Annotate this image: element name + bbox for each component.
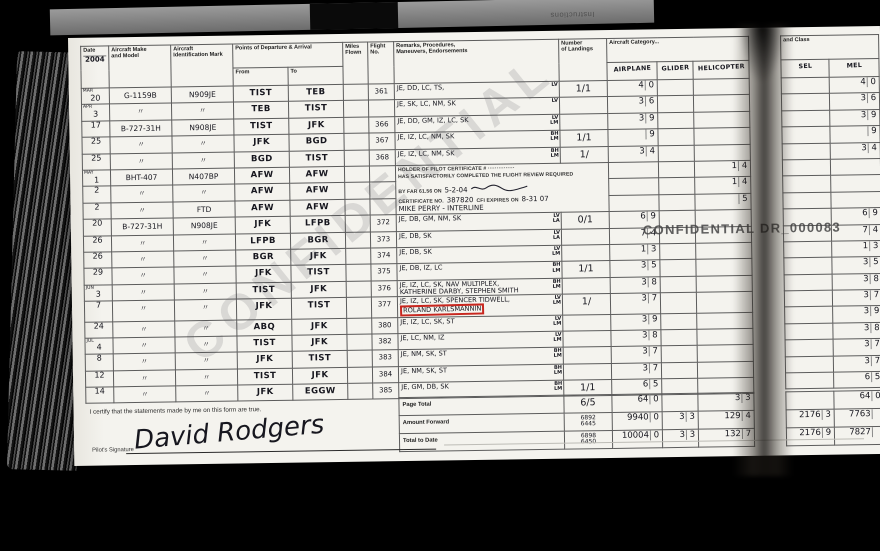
miles-cell — [347, 334, 372, 351]
totals-helicopter-value: 33 — [698, 393, 753, 404]
helicopter-hours-whole: 1 — [695, 161, 738, 172]
flight-no-cell: 376 — [371, 280, 397, 297]
sel-hours-value — [785, 324, 832, 325]
arrival-cell: BGD — [289, 134, 344, 151]
flight-no-cell: 375 — [371, 264, 397, 281]
helicopter-hours-whole — [697, 276, 740, 277]
remarks-wrap: JE, IZ, LC, SK, SPENCER TIDWELL,ROLAND K… — [398, 295, 562, 317]
right-page-row — [782, 158, 880, 176]
remarks-line-1: JE, SK, LC, NM, SK — [397, 99, 546, 108]
remarks-line-1: JE, GM, DB, SK — [401, 382, 550, 391]
landings-cell — [559, 97, 607, 114]
mel-hours-tenths: 7 — [871, 339, 880, 349]
aircraft-make-cell: 〃 — [113, 337, 175, 354]
totals-airplane-whole: 64 — [612, 394, 649, 405]
totals-landings: 6898 6450 — [564, 430, 612, 449]
landings-cell: 1/1 — [560, 130, 608, 147]
miles-cell — [343, 100, 368, 117]
helicopter-hours-whole — [696, 210, 739, 211]
remarks-code: LM — [550, 354, 562, 359]
sel-hours — [784, 257, 832, 274]
sel-hours-whole — [784, 209, 819, 210]
totals-helicopter-value: 1294 — [699, 411, 754, 422]
airplane-hours-tenths: 4 — [646, 146, 658, 156]
mel-hours-value: 34 — [831, 143, 880, 154]
remarks-code: LM — [550, 387, 562, 392]
date-cell: 29 — [84, 268, 112, 285]
departure-cell: TEB — [233, 102, 288, 119]
right-page-row: 38 — [784, 273, 880, 291]
airplane-hours-whole: 4 — [608, 80, 645, 91]
airplane-hours-tenths: 8 — [648, 330, 660, 340]
departure-cell: JFK — [238, 384, 293, 401]
departure-cell: JFK — [234, 134, 289, 151]
totals-helicopter-tenths: 4 — [742, 411, 754, 421]
helicopter-hours-value — [697, 292, 752, 293]
remarks-cell: JE, IZ, LC, SK, SPENCER TIDWELL,ROLAND K… — [397, 294, 562, 317]
mel-hours-tenths: 7 — [871, 356, 880, 366]
mel-hours-tenths: 4 — [869, 224, 880, 234]
date-day: 3 — [85, 291, 112, 299]
helicopter-hours-value — [696, 243, 751, 244]
arrival-cell: JFK — [292, 334, 347, 351]
landings-cell — [563, 347, 611, 364]
mel-hours-tenths: 6 — [867, 93, 879, 103]
aircraft-make-cell: 〃 — [114, 386, 176, 403]
helicopter-hours-value — [696, 259, 751, 260]
totals-landings-value: 6/5 — [564, 395, 611, 411]
arrival-cell: TIST — [292, 351, 347, 368]
remarks-wrap: JE, IZ, LC, SK, STLVLM — [398, 315, 562, 329]
aircraft-ident-cell: 〃 — [174, 250, 236, 267]
date-day: 12 — [86, 371, 113, 379]
mel-hours-tenths: 9 — [870, 306, 880, 316]
sel-hours-value — [786, 373, 833, 374]
airplane-hours-tenths: 9 — [647, 211, 659, 221]
glider-hours-value — [659, 162, 694, 163]
arrival-cell: TIST — [291, 265, 346, 282]
arrival-cell: BGR — [290, 232, 345, 249]
departure-cell: JFK — [236, 266, 291, 283]
arrival-cell: JFK — [289, 117, 344, 134]
confidential-bates-stamp: CONFIDENTIAL DR_000083 — [643, 220, 841, 238]
header-mel: MEL — [829, 58, 880, 78]
glider-hours — [660, 276, 696, 293]
mel-hours: 9 — [830, 126, 880, 143]
departure-cell: ABQ — [237, 319, 292, 336]
mel-hours-value: 9 — [830, 126, 879, 137]
sel-hours — [785, 307, 833, 324]
date-day: 3 — [82, 110, 109, 118]
remarks-text: JE, NM, SK, ST — [399, 348, 550, 362]
helicopter-hours: 14 — [695, 177, 751, 194]
header-from: From — [233, 67, 288, 86]
airplane-hours-value: 34 — [609, 146, 658, 157]
sel-hours-whole — [785, 324, 820, 325]
mel-hours-tenths: 3 — [869, 241, 880, 251]
totals-airplane: 100040 — [612, 430, 662, 449]
sel-hours-whole — [783, 176, 818, 177]
miles-cell — [343, 84, 368, 101]
aircraft-make-cell: 〃 — [112, 300, 174, 321]
totals-mel-whole: 7763 — [835, 409, 872, 420]
arrival-cell: TIST — [289, 150, 344, 167]
totals-glider-value: 33 — [663, 412, 698, 423]
aircraft-make-cell: B-727-31H — [111, 218, 173, 235]
helicopter-hours-value — [695, 144, 750, 145]
totals-glider-value — [662, 394, 697, 395]
sel-hours-value — [782, 110, 829, 111]
airplane-hours-whole — [609, 135, 646, 136]
mel-hours-whole: 3 — [834, 339, 871, 350]
helicopter-hours — [693, 95, 749, 112]
mel-hours: 65 — [834, 371, 880, 388]
sel-hours — [784, 274, 832, 291]
totals-mel-whole: 7827 — [835, 427, 872, 438]
glider-hours — [660, 243, 696, 260]
aircraft-ident-cell: 〃 — [172, 152, 234, 169]
header-miles: Miles Flown — [343, 42, 369, 84]
glider-hours — [658, 112, 694, 129]
miles-cell — [347, 318, 372, 335]
remarks-line-2: ROLAND KARLSMANNIN — [400, 303, 549, 316]
remarks-code: LV — [546, 99, 558, 104]
remarks-codes: BHLM — [550, 381, 563, 393]
red-highlight-box: ROLAND KARLSMANNIN — [400, 304, 485, 317]
glider-hours — [659, 178, 695, 195]
pilot-signature: David Rodgers — [133, 410, 325, 456]
glider-hours — [660, 292, 696, 313]
mel-hours-whole — [831, 175, 868, 176]
remarks-code: LV — [546, 83, 558, 88]
aircraft-make-cell: B-727-31H — [110, 120, 172, 137]
helicopter-hours — [697, 345, 753, 362]
sel-hours-value — [784, 258, 831, 259]
remarks-text: JE, IZ, LC, SK, SPENCER TIDWELL,ROLAND K… — [398, 295, 549, 317]
miles-cell — [345, 215, 370, 232]
aircraft-ident-cell: N908JE — [173, 217, 235, 234]
arrival-cell: LFPB — [290, 216, 345, 233]
helicopter-hours — [696, 275, 752, 292]
airplane-hours-tenths: 7 — [649, 347, 661, 357]
aircraft-make-cell: 〃 — [112, 267, 174, 284]
flight-no-cell: 368 — [369, 149, 395, 166]
header-helicopter: HELICOPTER — [693, 59, 750, 80]
helicopter-hours — [697, 312, 753, 329]
remarks-codes: BHLM — [546, 131, 559, 143]
mel-hours-value: 65 — [834, 372, 880, 383]
departure-cell: BGR — [236, 249, 291, 266]
departure-cell: JFK — [237, 351, 292, 368]
glider-hours-value — [659, 194, 694, 195]
glider-hours-value — [659, 145, 694, 146]
mel-hours-whole: 6 — [832, 208, 869, 219]
remarks-codes: LVLM — [548, 246, 561, 258]
helicopter-hours-value: 14 — [695, 161, 750, 172]
date-cell: 26 — [83, 235, 111, 252]
flight-no-cell: 373 — [370, 231, 396, 248]
remarks-wrap: JE, SK, LC, NM, SKLV — [395, 98, 559, 109]
totals-helicopter-value: 1327 — [699, 429, 754, 440]
landings-cell — [563, 330, 611, 347]
date-cell: 25 — [82, 137, 110, 154]
mel-hours-tenths: 5 — [871, 372, 880, 382]
totals-airplane-tenths: 0 — [650, 430, 662, 440]
date-cell: 2 — [83, 186, 111, 203]
airplane-hours-tenths: 9 — [648, 314, 660, 324]
departure-cell: BGD — [234, 151, 289, 168]
logbook-left-page-table: Date2004 Aircraft Make and Model Aircraf… — [80, 36, 754, 404]
right-page-row: 65 — [786, 371, 880, 389]
helicopter-hours-whole: 1 — [695, 177, 738, 188]
miles-cell — [344, 150, 369, 167]
glider-hours — [657, 79, 693, 96]
date-day: 17 — [82, 121, 109, 129]
airplane-hours-value — [609, 179, 658, 180]
totals-mel-value: 640 — [834, 391, 880, 402]
mel-hours: 37 — [832, 290, 880, 307]
right-page-row — [783, 191, 880, 209]
landings-cell — [562, 277, 610, 294]
helicopter-hours-value — [696, 210, 751, 211]
airplane-hours-value: 39 — [611, 314, 660, 325]
date-cell: 20 — [83, 219, 111, 236]
mel-hours: 39 — [833, 306, 880, 323]
flight-no-cell — [369, 166, 395, 183]
miles-cell — [346, 297, 371, 318]
totals-sel-whole: 2176 — [787, 428, 822, 439]
mel-hours-value: 69 — [832, 208, 880, 219]
helicopter-hours-whole — [698, 362, 741, 363]
date-day: 14 — [86, 387, 113, 395]
mel-hours-whole: 3 — [833, 323, 870, 334]
remarks-wrap: JE, IZ, LC, SK, NAV MULTIPLEX,KATHERINE … — [398, 278, 562, 296]
arrival-cell: JFK — [291, 281, 346, 298]
aircraft-make-cell: 〃 — [113, 370, 175, 387]
flight-no-cell: 382 — [372, 334, 398, 351]
landings-cell — [563, 363, 611, 380]
mel-hours: 36 — [829, 93, 879, 110]
aircraft-ident-cell: 〃 — [171, 102, 233, 119]
airplane-hours: 36 — [607, 96, 657, 113]
sel-hours — [785, 339, 833, 356]
totals-airplane-whole: 9940 — [613, 412, 650, 423]
totals-helicopter: 1327 — [698, 428, 754, 447]
cfi-expiry-hand: 8-31 07 — [522, 196, 549, 203]
helicopter-hours-whole — [697, 313, 740, 314]
airplane-hours-value: 38 — [611, 277, 660, 288]
remarks-text: JE, DB, IZ, LC — [397, 262, 548, 276]
right-page-row: 40 — [781, 76, 879, 94]
totals-mel-tenths — [872, 427, 880, 437]
miles-cell — [346, 264, 371, 281]
remarks-line-1: JE, IZ, LC, NM, SK — [398, 148, 547, 157]
flight-no-cell: 384 — [372, 366, 398, 383]
airplane-hours-tenths: 7 — [648, 293, 660, 303]
airplane-hours-value: 65 — [612, 379, 661, 390]
totals-helicopter: 1294 — [698, 410, 754, 429]
glider-hours — [661, 362, 697, 379]
date-cell: 7 — [84, 301, 112, 322]
mel-hours-value: 36 — [830, 93, 879, 104]
helicopter-hours: 5 — [695, 193, 751, 210]
mel-hours-tenths: 9 — [867, 110, 879, 120]
remarks-codes: BHLM — [548, 262, 561, 274]
remarks-wrap: JE, DD, GM, IZ, LC, SKLVLM — [395, 115, 559, 129]
right-page-row: 9 — [782, 126, 880, 144]
airplane-hours-whole: 3 — [608, 97, 645, 108]
airplane-hours-whole — [609, 179, 646, 180]
glider-hours — [658, 145, 694, 162]
departure-cell: JFK — [236, 298, 291, 319]
date-cell: 17 — [82, 121, 110, 138]
sel-hours-whole — [785, 291, 820, 292]
airplane-hours — [609, 178, 659, 195]
remarks-wrap: JE, IZ, LC, NM, SKBHLM — [396, 147, 560, 161]
remarks-text: JE, IZ, LC, SK, NAV MULTIPLEX,KATHERINE … — [398, 279, 549, 297]
aircraft-make-cell: 〃 — [112, 251, 174, 268]
helicopter-hours — [697, 328, 753, 345]
remarks-code: LM — [549, 321, 561, 326]
airplane-hours-whole: 6 — [610, 212, 647, 223]
mel-hours-whole: 3 — [830, 94, 867, 105]
airplane-hours-whole: 3 — [610, 261, 647, 272]
miles-cell — [345, 199, 370, 216]
sel-hours-value — [785, 274, 832, 275]
helicopter-hours — [693, 78, 749, 95]
remarks-line-1: JE, IZ, LC, NM, SK — [397, 132, 546, 141]
glider-hours-value — [660, 211, 695, 212]
sel-hours-whole — [786, 373, 821, 374]
header-airplane: AIRPLANE — [607, 61, 658, 81]
airplane-hours-tenths: 7 — [649, 363, 661, 373]
landings-cell: 1/ — [560, 146, 608, 163]
sel-hours-whole — [782, 127, 817, 128]
remarks-line-1: JE, DD, GM, IZ, LC, SK — [397, 116, 546, 125]
glider-hours — [659, 194, 695, 211]
totals-glider-tenths: 3 — [686, 430, 698, 440]
departure-cell: AFW — [235, 200, 290, 217]
remarks-codes: BHLM — [550, 364, 563, 376]
remarks-wrap: JE, DB, GM, NM, SKLVLA — [397, 213, 561, 227]
mel-hours: 13 — [832, 240, 880, 257]
flight-no-cell: 385 — [373, 383, 399, 400]
totals-airplane-value: 100040 — [613, 430, 662, 441]
helicopter-hours — [696, 259, 752, 276]
aircraft-make-cell: 〃 — [110, 136, 172, 153]
right-page-row: 35 — [784, 257, 880, 275]
sel-hours — [782, 159, 830, 176]
mel-hours-value — [831, 159, 880, 160]
flight-no-cell — [368, 100, 394, 117]
miles-cell — [346, 281, 371, 298]
glider-hours — [658, 161, 694, 178]
remarks-code: LM — [549, 285, 561, 290]
totals-row-right: 640 — [786, 390, 880, 409]
totals-sel-value — [786, 392, 833, 393]
remarks-codes: LV — [546, 98, 559, 106]
glider-hours — [657, 96, 693, 113]
mel-hours-value: 38 — [833, 274, 880, 285]
totals-glider-whole: 3 — [663, 430, 686, 440]
mel-hours: 38 — [832, 273, 880, 290]
aircraft-make-cell: G-1159B — [109, 87, 171, 104]
remarks-codes: BHLM — [550, 348, 563, 360]
date-day: 1 — [83, 176, 110, 184]
aircraft-make-cell: 〃 — [113, 320, 175, 337]
sel-hours-whole — [783, 193, 818, 194]
flight-no-cell: 377 — [371, 297, 397, 318]
totals-mel: 7763 — [834, 408, 880, 427]
helicopter-hours-whole — [698, 345, 741, 346]
sel-hours — [785, 356, 833, 373]
airplane-hours-tenths: 3 — [647, 244, 659, 254]
right-page-row: 36 — [781, 93, 879, 111]
aircraft-ident-cell: N407BP — [172, 168, 234, 185]
remarks-code: LA — [548, 235, 560, 240]
mel-hours-whole: 3 — [833, 307, 870, 318]
helicopter-hours — [694, 111, 750, 128]
remarks-line-1: JE, DB, SK — [399, 247, 548, 256]
sel-hours-value — [785, 291, 832, 292]
sel-hours-whole — [785, 275, 820, 276]
departure-cell: AFW — [235, 184, 290, 201]
remarks-code: LM — [547, 137, 559, 142]
date-cell: APR3 — [81, 104, 109, 121]
airplane-hours: 39 — [611, 313, 661, 330]
sel-hours-whole — [783, 143, 818, 144]
remarks-cell: JE, IZ, LC, SK, NAV MULTIPLEX,KATHERINE … — [397, 278, 562, 297]
mel-hours-tenths: 9 — [869, 208, 880, 218]
remarks-codes: LVLA — [548, 213, 561, 225]
header-remarks: Remarks, Procedures, Maneuvers, Endorsem… — [394, 39, 560, 83]
totals-glider: 33 — [662, 429, 698, 448]
glider-hours-value — [658, 113, 693, 114]
airplane-hours-tenths: 8 — [648, 277, 660, 287]
airplane-hours: 37 — [610, 293, 660, 314]
mel-hours — [830, 158, 880, 175]
departure-cell: TIST — [234, 118, 289, 135]
helicopter-hours-value: 5 — [695, 194, 750, 205]
mel-hours — [831, 175, 880, 192]
remarks-wrap: JE, DD, LC, TS,LV — [395, 82, 559, 93]
sel-hours-whole — [786, 340, 821, 341]
airplane-hours-tenths: 9 — [645, 129, 657, 139]
sel-hours — [784, 290, 832, 307]
airplane-hours: 37 — [611, 346, 661, 363]
mel-hours-tenths: 8 — [870, 274, 880, 284]
sel-hours-whole — [785, 307, 820, 308]
miles-cell — [348, 383, 373, 400]
arrival-cell: JFK — [292, 367, 347, 384]
helicopter-hours-value: 14 — [695, 177, 750, 188]
glider-hours-value — [661, 276, 696, 277]
glider-hours-value — [659, 178, 694, 179]
remarks-text: JE, LC, NM, IZ — [398, 332, 549, 346]
departure-cell: JFK — [235, 216, 290, 233]
airplane-hours: 38 — [610, 276, 660, 293]
totals-row-right: 217637763 — [786, 408, 880, 427]
mel-hours: 35 — [832, 257, 880, 274]
airplane-hours: 38 — [611, 330, 661, 347]
mel-hours: 40 — [829, 76, 879, 93]
airplane-hours: 34 — [608, 145, 658, 162]
airplane-hours-value: 35 — [610, 261, 659, 272]
header-landings: Number of Landings — [559, 39, 608, 82]
sel-hours-value — [786, 356, 833, 357]
totals-airplane: 640 — [612, 394, 662, 413]
helicopter-hours-whole — [694, 95, 737, 96]
